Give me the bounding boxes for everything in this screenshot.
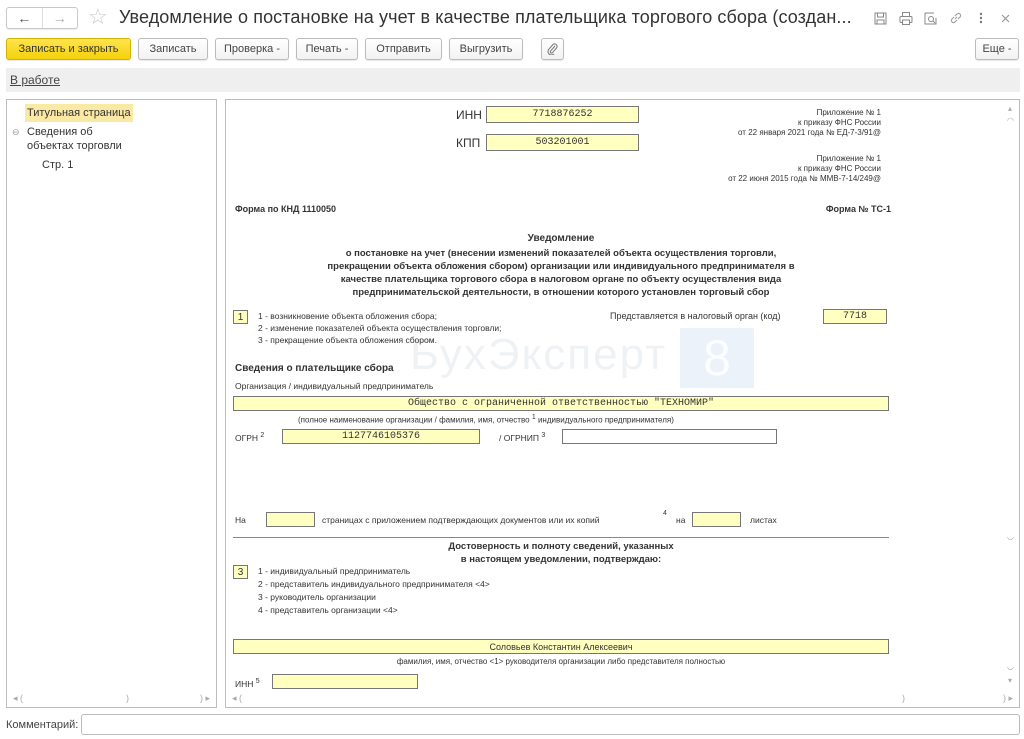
appendix-1: Приложение № 1 к приказу ФНС России от 2…: [738, 108, 881, 138]
check-dropdown-button[interactable]: Проверка -: [215, 38, 289, 60]
notification-type-field[interactable]: 1: [233, 310, 248, 324]
subheading-line: качестве плательщика торгового сбора в н…: [226, 273, 896, 286]
organization-name-field[interactable]: Общество с ограниченной ответственностью…: [233, 396, 889, 411]
document-panel: ИНН 7718876252 КПП 503201001 Приложение …: [225, 99, 1020, 708]
signer-option: 3 - руководитель организации: [258, 591, 490, 604]
save-icon[interactable]: [868, 8, 893, 28]
save-and-close-button[interactable]: Записать и закрыть: [6, 38, 131, 60]
ogrnip-label: / ОГРНИП 3: [499, 432, 545, 443]
save-button[interactable]: Записать: [138, 38, 208, 60]
form-number: Форма № ТС-1: [826, 204, 891, 214]
window-title: Уведомление о постановке на учет в качес…: [119, 7, 852, 28]
export-button[interactable]: Выгрузить: [449, 38, 523, 60]
more-icon[interactable]: [968, 8, 993, 28]
navigation-group: ← →: [6, 7, 78, 29]
footnote-ref: 4: [663, 510, 667, 517]
organization-label: Организация / индивидуальный предпринима…: [235, 381, 433, 391]
tree-item-title-page[interactable]: Титульная страница: [25, 104, 133, 122]
knd-code: Форма по КНД 1110050: [235, 204, 336, 214]
attach-button[interactable]: [541, 38, 564, 60]
ogrn-label-text: ОГРН: [235, 433, 258, 443]
horizontal-scrollbar[interactable]: ◂ ( ) ) ▸: [11, 693, 212, 707]
signer-fio-field[interactable]: Соловьев Константин Алексеевич: [233, 639, 889, 654]
hint-text: (полное наименование организации / фамил…: [298, 416, 530, 425]
title-bar: ← → ☆ Уведомление о постановке на учет в…: [0, 0, 1024, 34]
hint-text: индивидуального предпринимателя): [538, 416, 674, 425]
subheading-line: прекращении объекта обложения сбором) ор…: [226, 260, 896, 273]
appendix-1-line: Приложение № 1: [738, 108, 881, 118]
confirmation-heading-line: Достоверность и полноту сведений, указан…: [226, 540, 896, 553]
title-actions: [868, 8, 1018, 28]
horizontal-scrollbar[interactable]: ◂ ( ) ) ▸: [230, 693, 1015, 707]
ogrnip-field[interactable]: [562, 429, 777, 444]
subheading-line: предпринимательской деятельности, в отно…: [226, 286, 896, 299]
comment-label: Комментарий:: [6, 719, 78, 731]
signer-type-field[interactable]: 3: [233, 565, 248, 579]
footnote-ref: 2: [260, 432, 264, 439]
tax-authority-code-field[interactable]: 7718: [823, 309, 887, 324]
ogrnip-label-text: / ОГРНИП: [499, 433, 539, 443]
notification-type-options: 1 - возникновение объекта обложения сбор…: [258, 310, 502, 346]
ogrn-label: ОГРН 2: [235, 432, 264, 443]
section-divider: [233, 537, 889, 538]
kpp-label: КПП: [456, 136, 480, 150]
inn-label: ИНН: [456, 108, 482, 122]
inn-field[interactable]: 7718876252: [486, 106, 639, 123]
kpp-field[interactable]: 503201001: [486, 134, 639, 151]
tax-form-document: ИНН 7718876252 КПП 503201001 Приложение …: [226, 100, 1006, 692]
signer-fio-hint: фамилия, имя, отчество <1> руководителя …: [226, 657, 896, 666]
comment-input[interactable]: [81, 714, 1020, 735]
collapse-icon[interactable]: ⊖: [12, 127, 20, 138]
watermark-badge: 8: [680, 328, 754, 388]
signer-option: 1 - индивидуальный предприниматель: [258, 565, 490, 578]
form-subheading: о постановке на учет (внесении изменений…: [226, 247, 896, 299]
paperclip-icon: [547, 43, 558, 55]
tree-item-label-line1: Сведения об: [27, 125, 122, 139]
tree-item-trade-objects[interactable]: Сведения об объектах торговли: [27, 125, 122, 153]
preview-icon[interactable]: [918, 8, 943, 28]
signer-inn-field[interactable]: [272, 674, 418, 689]
command-bar: Записать и закрыть Записать Проверка - П…: [0, 37, 1024, 63]
back-button[interactable]: ←: [7, 8, 42, 28]
signer-option: 2 - представитель индивидуального предпр…: [258, 578, 490, 591]
organization-hint: (полное наименование организации / фамил…: [298, 414, 674, 425]
more-actions-button[interactable]: Еще -: [975, 38, 1019, 60]
pages-on-text: на: [676, 515, 685, 525]
pages-text: страницах с приложением подтверждающих д…: [322, 515, 600, 525]
signer-option: 4 - представитель организации <4>: [258, 604, 490, 617]
type-option: 1 - возникновение объекта обложения сбор…: [258, 310, 502, 322]
appendix-1-line: к приказу ФНС России: [738, 118, 881, 128]
appendix-2: Приложение № 1 к приказу ФНС России от 2…: [728, 154, 881, 184]
print-dropdown-button[interactable]: Печать -: [296, 38, 358, 60]
sheets-text: листах: [750, 515, 777, 525]
footnote-ref: 3: [541, 432, 545, 439]
confirmation-heading: Достоверность и полноту сведений, указан…: [226, 540, 896, 566]
footnote-ref: 1: [532, 414, 536, 421]
print-icon[interactable]: [893, 8, 918, 28]
status-link[interactable]: В работе: [10, 73, 60, 87]
status-bar: В работе: [6, 68, 1020, 92]
tree-item-page-1[interactable]: Стр. 1: [42, 158, 73, 172]
pages-count-field[interactable]: [266, 512, 315, 527]
sheets-count-field[interactable]: [692, 512, 741, 527]
arrow-left-icon: ←: [17, 10, 31, 26]
type-option: 3 - прекращение объекта обложения сбором…: [258, 334, 502, 346]
link-icon[interactable]: [943, 8, 968, 28]
tax-authority-label: Представляется в налоговый орган (код): [610, 311, 781, 321]
appendix-2-line: Приложение № 1: [728, 154, 881, 164]
forward-button[interactable]: →: [42, 8, 78, 28]
appendix-2-line: к приказу ФНС России: [728, 164, 881, 174]
appendix-1-line: от 22 января 2021 года № ЕД-7-3/91@: [738, 128, 881, 138]
type-option: 2 - изменение показателей объекта осущес…: [258, 322, 502, 334]
form-heading: Уведомление: [226, 233, 896, 244]
signer-inn-label: ИНН 5: [235, 678, 260, 689]
footnote-ref: 5: [256, 678, 260, 685]
signer-type-options: 1 - индивидуальный предприниматель 2 - п…: [258, 565, 490, 617]
subheading-line: о постановке на учет (внесении изменений…: [226, 247, 896, 260]
signer-inn-label-text: ИНН: [235, 679, 253, 689]
sections-tree: Титульная страница ⊖ Сведения об объекта…: [6, 99, 217, 708]
pages-prefix: На: [235, 515, 246, 525]
send-button[interactable]: Отправить: [365, 38, 442, 60]
appendix-2-line: от 22 июня 2015 года № ММВ-7-14/249@: [728, 174, 881, 184]
arrow-right-icon: →: [53, 10, 67, 26]
vertical-scrollbar[interactable]: ▴ ◠ ◡ ◡ ▾: [1007, 104, 1017, 684]
tree-item-label-line2: объектах торговли: [27, 139, 122, 153]
close-icon[interactable]: [993, 8, 1018, 28]
ogrn-field[interactable]: 1127746105376: [282, 429, 480, 444]
payer-section-title: Сведения о плательщике сбора: [235, 363, 394, 374]
favorite-star-icon[interactable]: ☆: [88, 4, 108, 30]
